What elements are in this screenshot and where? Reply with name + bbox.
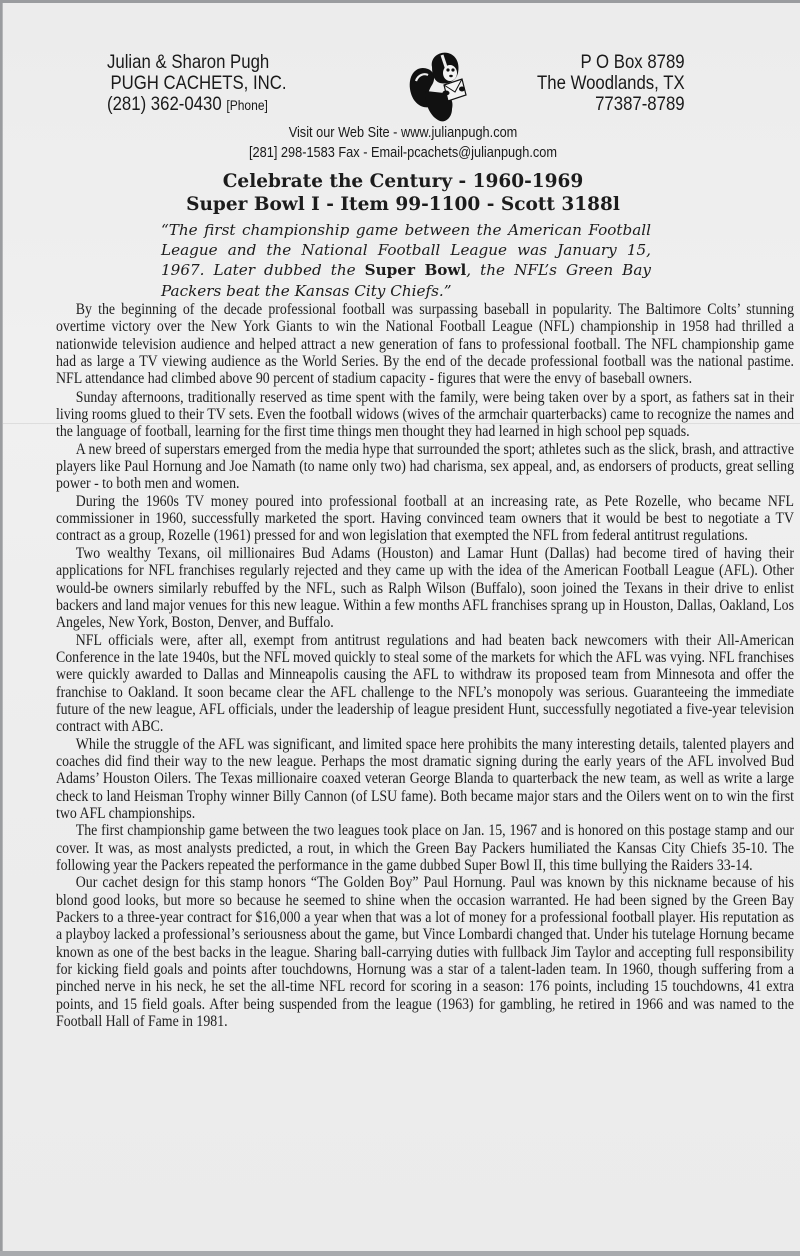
paragraph: A new breed of superstars emerged from t… — [56, 441, 794, 493]
paragraph: NFL officials were, after all, exempt fr… — [56, 632, 794, 736]
article-body: By the beginning of the decade professio… — [56, 301, 800, 1030]
phone-line: (281) 362-0430 [Phone] — [107, 94, 287, 116]
document-page: Julian & Sharon Pugh PUGH CACHETS, INC. … — [2, 3, 800, 1252]
quote-bold-super-bowl: Super Bowl — [365, 261, 467, 279]
letterhead-left-block: Julian & Sharon Pugh PUGH CACHETS, INC. … — [107, 52, 287, 116]
document-title: Celebrate the Century - 1960-1969 Super … — [3, 170, 800, 216]
skunk-reading-letter-icon — [406, 51, 468, 123]
letterhead-right-block: P O Box 8789 The Woodlands, TX 77387-878… — [537, 52, 685, 115]
paragraph: During the 1960s TV money poured into pr… — [56, 493, 794, 545]
paragraph: The first championship game between the … — [56, 822, 794, 874]
paragraph: By the beginning of the decade professio… — [56, 301, 794, 388]
company-name: PUGH CACHETS, INC. — [107, 73, 287, 94]
zip-code: 77387-8789 — [537, 94, 685, 115]
paragraph: Our cachet design for this stamp honors … — [56, 874, 794, 1030]
website-line: Visit our Web Site - www.julianpugh.com — [51, 123, 755, 143]
city-state: The Woodlands, TX — [537, 73, 685, 94]
scan-bottom-edge — [0, 1251, 800, 1256]
title-line-1: Celebrate the Century - 1960-1969 — [3, 170, 800, 193]
po-box: P O Box 8789 — [537, 52, 685, 73]
paragraph: Sunday afternoons, traditionally reserve… — [56, 389, 794, 441]
intro-quote: “The first championship game between the… — [161, 220, 651, 301]
title-line-2: Super Bowl I - Item 99-1100 - Scott 3188… — [3, 193, 800, 216]
owner-names: Julian & Sharon Pugh — [107, 52, 287, 73]
paragraph: Two wealthy Texans, oil millionaires Bud… — [56, 545, 794, 632]
contact-info: Visit our Web Site - www.julianpugh.com … — [3, 123, 800, 163]
fax-email-line: [281] 298-1583 Fax - Email-pcachets@juli… — [51, 143, 755, 163]
phone-label: [Phone] — [226, 97, 268, 113]
phone-number: (281) 362-0430 — [107, 93, 222, 115]
paragraph: While the struggle of the AFL was signif… — [56, 736, 794, 823]
